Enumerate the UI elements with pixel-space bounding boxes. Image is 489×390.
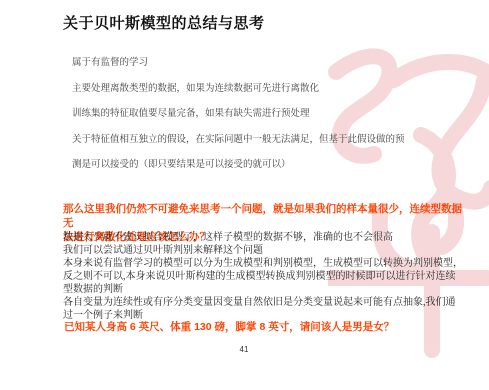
summary-line: 测是可以接受的（即只要结果是可以接受的就可以） [72, 152, 452, 178]
example-question: 已知某人身高 6 英尺、体重 130 磅，脚掌 8 英寸，请问该人是男是女？ [64, 321, 474, 334]
document-page: 关于贝叶斯模型的总结与思考 属于有监督的学习 主要处理离散类型的数据，如果为连续… [0, 0, 489, 390]
discussion-line: 我们可以尝试通过贝叶斯判别来解释这个问题 [63, 244, 473, 257]
page-number: 41 [234, 345, 254, 354]
highlighted-question-line: 那么这里我们仍然不可避免来思考一个问题，就是如果我们的样本量很少，连续型数据无 [63, 202, 463, 230]
summary-line: 属于有监督的学习 [72, 50, 452, 76]
discussion-line: 数据太少就不建议拟合模型了，这样子模型的数据不够，准确的也不会很高 [63, 231, 473, 244]
summary-line: 关于特征值相互独立的假设，在实际问题中一般无法满足，但基于此假设做的预 [72, 127, 452, 153]
discussion-paragraph: 数据太少就不建议拟合模型了，这样子模型的数据不够，准确的也不会很高 我们可以尝试… [63, 231, 473, 322]
summary-list: 属于有监督的学习 主要处理离散类型的数据，如果为连续数据可先进行离散化 训练集的… [72, 50, 452, 178]
discussion-line: 各自变量为连续性或有序分类变量因变量自然依旧是分类变量说起来可能有点抽象,我们通 [63, 296, 473, 309]
discussion-line: 型数据的判断 [63, 283, 473, 296]
summary-line: 训练集的特征取值要尽量完备，如果有缺失需进行预处理 [72, 101, 452, 127]
discussion-line: 本身来说有监督学习的模型可以分为生成模型和判别模型，生成模型可以转换为判别模型， [63, 257, 473, 270]
discussion-line: 反之则不可以,本身来说贝叶斯构建的生成模型转换成判别模型的时候即可以进行针对连续 [63, 270, 473, 283]
page-title: 关于贝叶斯模型的总结与思考 [63, 12, 463, 33]
summary-line: 主要处理离散类型的数据，如果为连续数据可先进行离散化 [72, 76, 452, 102]
